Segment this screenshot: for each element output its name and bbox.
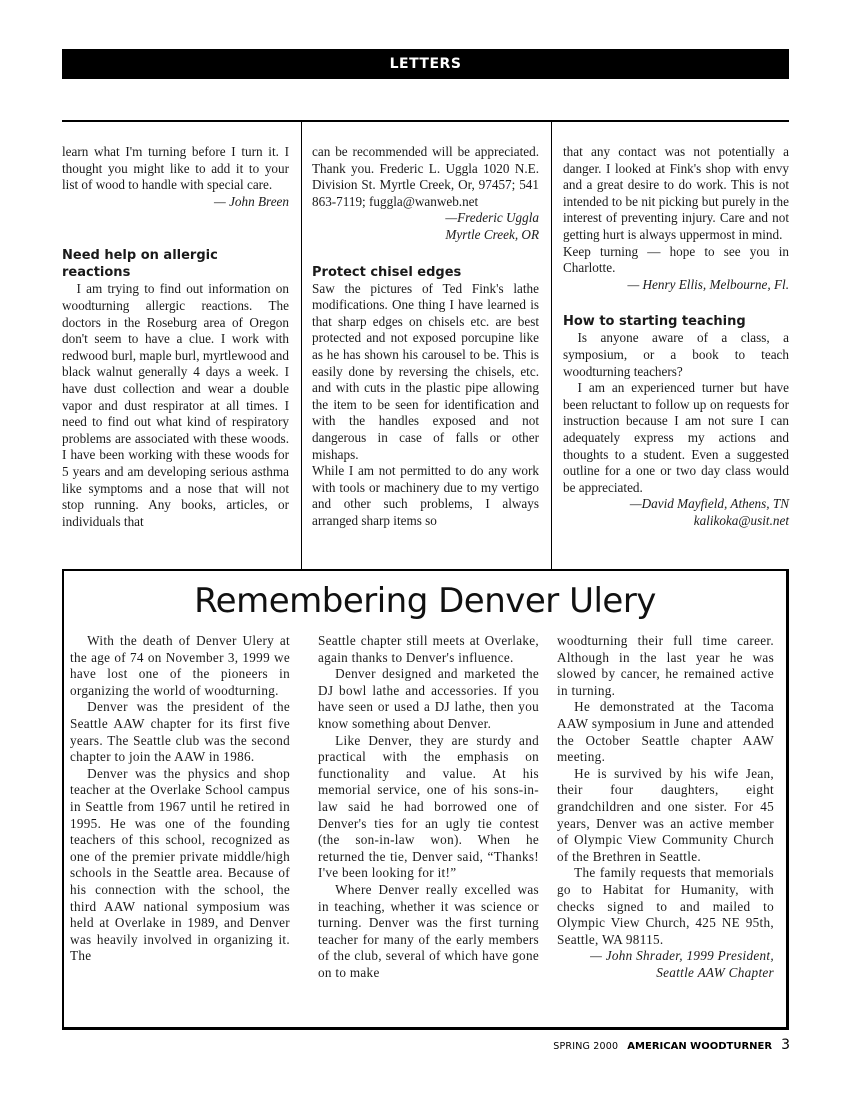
letter-heading: How to starting teaching	[563, 313, 789, 330]
memorial-paragraph: He demonstrated at the Tacoma AAW sympos…	[557, 699, 774, 765]
page-footer: SPRING 2000 AMERICAN WOODTURNER 3	[553, 1037, 790, 1053]
letters-column-1: learn what I'm turning before I turn it.…	[62, 144, 289, 530]
letter-body: While I am not permitted to do any work …	[312, 463, 539, 529]
letter-signature-email: kalikoka@usit.net	[563, 513, 789, 530]
letter-heading: Need help on allergic reactions	[62, 247, 289, 281]
memorial-paragraph: He is survived by his wife Jean, their f…	[557, 766, 774, 866]
letter-body: I am trying to find out information on w…	[62, 281, 289, 530]
memorial-signature-org: Seattle AAW Chapter	[557, 965, 774, 982]
letter-signature-location: Myrtle Creek, OR	[312, 227, 539, 244]
letters-column-2: can be recommended will be appreciated. …	[312, 144, 539, 529]
letter-signature-name: —Frederic Uggla	[312, 210, 539, 227]
memorial-title: Remembering Denver Ulery	[64, 579, 786, 623]
section-title: LETTERS	[390, 56, 462, 72]
memorial-column-1: With the death of Denver Ulery at the ag…	[70, 633, 290, 965]
letter-body: I am an experienced turner but have been…	[563, 380, 789, 496]
letter-continued-text: that any contact was not potentially a d…	[563, 144, 789, 244]
issue-label: SPRING 2000	[553, 1041, 618, 1052]
memorial-paragraph: Denver designed and marketed the DJ bowl…	[318, 666, 539, 732]
memorial-paragraph: Where Denver really excelled was in teac…	[318, 882, 539, 982]
letter-body: Is anyone aware of a class, a symposium,…	[563, 330, 789, 380]
memorial-paragraph: woodturning their full time career. Alth…	[557, 633, 774, 699]
memorial-paragraph: With the death of Denver Ulery at the ag…	[70, 633, 290, 699]
memorial-paragraph: Seattle chapter still meets at Overlake,…	[318, 633, 539, 666]
memorial-paragraph: The family requests that memorials go to…	[557, 865, 774, 948]
letter-body: Saw the pictures of Ted Fink's lathe mod…	[312, 281, 539, 464]
letter-continued-text: learn what I'm turning before I turn it.…	[62, 144, 289, 194]
letter-signature-name: —David Mayfield, Athens, TN	[563, 496, 789, 513]
letter-signature: — John Breen	[62, 194, 289, 211]
column-divider	[551, 121, 552, 570]
page-number: 3	[781, 1037, 790, 1053]
horizontal-rule	[62, 120, 789, 122]
column-divider	[301, 121, 302, 570]
memorial-column-2: Seattle chapter still meets at Overlake,…	[318, 633, 539, 981]
memorial-column-3: woodturning their full time career. Alth…	[557, 633, 774, 981]
letter-closing: Keep turning — hope to see you in Charlo…	[563, 244, 789, 277]
magazine-name: AMERICAN WOODTURNER	[627, 1041, 772, 1052]
section-banner: LETTERS	[62, 49, 789, 79]
letter-continued-text: can be recommended will be appreciated. …	[312, 144, 539, 210]
letter-heading: Protect chisel edges	[312, 264, 539, 281]
memorial-signature-name: — John Shrader, 1999 President,	[557, 948, 774, 965]
memorial-paragraph: Denver was the physics and shop teacher …	[70, 766, 290, 965]
memorial-paragraph: Denver was the president of the Seattle …	[70, 699, 290, 765]
memorial-paragraph: Like Denver, they are sturdy and practic…	[318, 733, 539, 882]
memorial-box: Remembering Denver Ulery With the death …	[62, 569, 789, 1030]
letters-column-3: that any contact was not potentially a d…	[563, 144, 789, 529]
letter-signature: — Henry Ellis, Melbourne, Fl.	[563, 277, 789, 294]
